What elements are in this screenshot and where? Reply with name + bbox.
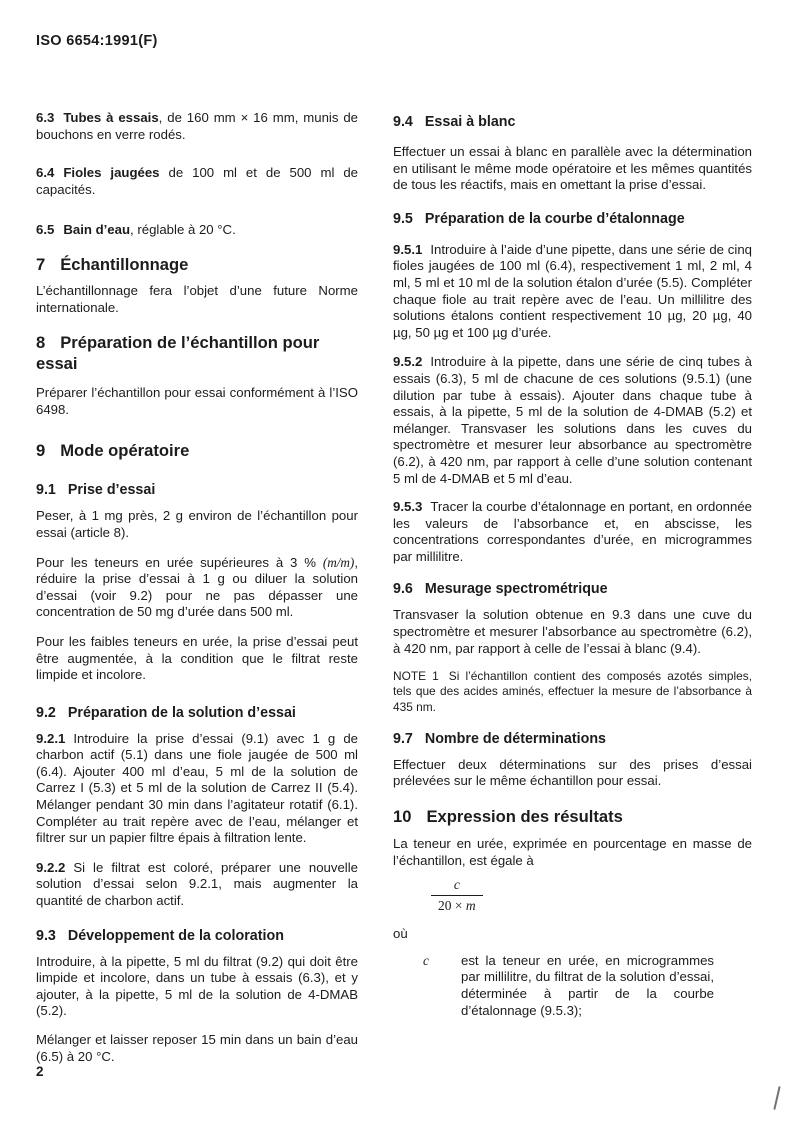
subsection-9-6-paragraph: Transvaser la solution obtenue en 9.3 da…: [393, 607, 752, 657]
section-9-heading: 9Mode opératoire: [36, 440, 358, 461]
symbol-c-description: est la teneur en urée, en microgrammes p…: [461, 953, 714, 1019]
subsection-9-4-title: Essai à blanc: [425, 114, 516, 130]
subsection-9-7-paragraph: Effectuer deux déterminations sur des pr…: [393, 757, 752, 790]
clause-9-5-3-text: Tracer la courbe d’étalonnage en portant…: [393, 499, 752, 564]
fraction-numerator: c: [431, 877, 483, 895]
subsection-9-5-number: 9.5: [393, 211, 413, 227]
note-1: NOTE 1Si l’échantillon contient des comp…: [393, 669, 752, 715]
fraction-denominator: 20 × m: [431, 895, 483, 914]
page-number: 2: [36, 1064, 44, 1079]
subsection-9-7-number: 9.7: [393, 731, 413, 747]
subsection-9-5-heading: 9.5Préparation de la courbe d’étalonnage: [393, 210, 752, 228]
clause-9-2-2-text: Si le filtrat est coloré, préparer une n…: [36, 860, 358, 908]
two-column-layout: 6.3Tubes à essais, de 160 mm × 16 mm, mu…: [36, 108, 752, 1065]
mass-ratio-symbol: (m/m): [323, 555, 355, 570]
clause-6-5-number: 6.5: [36, 222, 54, 237]
clause-9-2-1-text: Introduire la prise d’essai (9.1) avec 1…: [36, 731, 358, 846]
subsection-9-7-title: Nombre de déterminations: [425, 731, 606, 747]
clause-6-3-number: 6.3: [36, 110, 54, 125]
clause-9-5-3: 9.5.3Tracer la courbe d’étalonnage en po…: [393, 499, 752, 565]
fraction-denominator-coefficient: 20 ×: [438, 898, 466, 913]
subsection-9-1-heading: 9.1Prise d’essai: [36, 481, 358, 499]
clause-6-5: 6.5Bain d’eau, réglable à 20 °C.: [36, 222, 358, 239]
section-8-heading: 8Préparation de l’échantillon pour essai: [36, 332, 358, 374]
right-column: 9.4Essai à blanc Effectuer un essai à bl…: [393, 108, 752, 1019]
subsection-9-3-heading: 9.3Développement de la coloration: [36, 927, 358, 945]
clause-6-5-text: , réglable à 20 °C.: [130, 222, 236, 237]
subsection-9-2-number: 9.2: [36, 705, 56, 721]
clause-9-2-2: 9.2.2Si le filtrat est coloré, préparer …: [36, 860, 358, 910]
subsection-9-1-number: 9.1: [36, 482, 56, 498]
note-1-text: Si l’échantillon contient des composés a…: [393, 669, 752, 713]
clause-9-5-1: 9.5.1Introduire à l’aide d’une pipette, …: [393, 242, 752, 342]
subsection-9-5-title: Préparation de la courbe d’étalonnage: [425, 211, 685, 227]
fraction-denominator-variable: m: [466, 898, 476, 913]
clause-9-5-2-text: Introduire à la pipette, dans une série …: [393, 354, 752, 485]
subsection-9-6-title: Mesurage spectrométrique: [425, 581, 608, 597]
section-7-paragraph: L’échantillonnage fera l’objet d’une fut…: [36, 283, 358, 316]
symbol-definition-c: c est la teneur en urée, en microgrammes…: [423, 953, 752, 1019]
paragraph-text-before: Pour les teneurs en urée supérieures à 3…: [36, 555, 323, 570]
subsection-9-3-title: Développement de la coloration: [68, 928, 284, 944]
subsection-9-4-paragraph: Effectuer un essai à blanc en parallèle …: [393, 144, 752, 194]
section-8-number: 8: [36, 333, 45, 352]
section-10-title: Expression des résultats: [426, 807, 622, 826]
clause-9-5-3-number: 9.5.3: [393, 499, 422, 514]
section-10-paragraph: La teneur en urée, exprimée en pourcenta…: [393, 836, 752, 869]
subsection-9-6-number: 9.6: [393, 581, 413, 597]
clause-9-2-1: 9.2.1Introduire la prise d’essai (9.1) a…: [36, 731, 358, 847]
urea-content-formula: c 20 × m: [431, 877, 752, 914]
fraction: c 20 × m: [431, 877, 483, 914]
section-9-title: Mode opératoire: [60, 441, 189, 460]
subsection-9-6-heading: 9.6Mesurage spectrométrique: [393, 580, 752, 598]
subsection-9-4-number: 9.4: [393, 114, 413, 130]
subsection-9-3-number: 9.3: [36, 928, 56, 944]
subsection-9-4-heading: 9.4Essai à blanc: [393, 113, 752, 131]
clause-6-4-number: 6.4: [36, 165, 54, 180]
clause-6-5-term: Bain d’eau: [63, 222, 130, 237]
section-10-number: 10: [393, 807, 411, 826]
subsection-9-3-paragraph-2: Mélanger et laisser reposer 15 min dans …: [36, 1032, 358, 1065]
where-label: où: [393, 926, 752, 943]
note-1-label: NOTE 1: [393, 669, 439, 683]
clause-6-3: 6.3Tubes à essais, de 160 mm × 16 mm, mu…: [36, 110, 358, 143]
clause-9-5-2-number: 9.5.2: [393, 354, 422, 369]
section-8-paragraph: Préparer l’échantillon pour essai confor…: [36, 385, 358, 418]
section-9-number: 9: [36, 441, 45, 460]
clause-9-5-1-text: Introduire à l’aide d’une pipette, dans …: [393, 242, 752, 340]
subsection-9-1-title: Prise d’essai: [68, 482, 155, 498]
clause-6-4: 6.4Fioles jaugées de 100 ml et de 500 ml…: [36, 165, 358, 198]
subsection-9-7-heading: 9.7Nombre de déterminations: [393, 730, 752, 748]
scan-artifact-mark: [773, 1086, 780, 1110]
clause-9-5-1-number: 9.5.1: [393, 242, 422, 257]
subsection-9-1-paragraph-3: Pour les faibles teneurs en urée, la pri…: [36, 634, 358, 684]
clause-9-2-2-number: 9.2.2: [36, 860, 65, 875]
section-7-heading: 7Échantillonnage: [36, 254, 358, 275]
clause-6-3-term: Tubes à essais: [63, 110, 158, 125]
subsection-9-1-paragraph-1: Peser, à 1 mg près, 2 g environ de l’éch…: [36, 508, 358, 541]
subsection-9-2-title: Préparation de la solution d’essai: [68, 705, 296, 721]
document-page: ISO 6654:1991(F) 6.3Tubes à essais, de 1…: [0, 0, 797, 1124]
subsection-9-1-paragraph-2: Pour les teneurs en urée supérieures à 3…: [36, 555, 358, 621]
section-8-title: Préparation de l’échantillon pour essai: [36, 333, 319, 373]
clause-6-4-term: Fioles jaugées: [63, 165, 159, 180]
clause-9-2-1-number: 9.2.1: [36, 731, 65, 746]
document-reference: ISO 6654:1991(F): [36, 33, 158, 49]
section-10-heading: 10Expression des résultats: [393, 806, 752, 827]
section-7-number: 7: [36, 255, 45, 274]
subsection-9-2-heading: 9.2Préparation de la solution d’essai: [36, 704, 358, 722]
left-column: 6.3Tubes à essais, de 160 mm × 16 mm, mu…: [36, 108, 358, 1065]
symbol-c: c: [423, 953, 461, 1019]
section-7-title: Échantillonnage: [60, 255, 188, 274]
clause-9-5-2: 9.5.2Introduire à la pipette, dans une s…: [393, 354, 752, 487]
subsection-9-3-paragraph-1: Introduire, à la pipette, 5 ml du filtra…: [36, 954, 358, 1020]
